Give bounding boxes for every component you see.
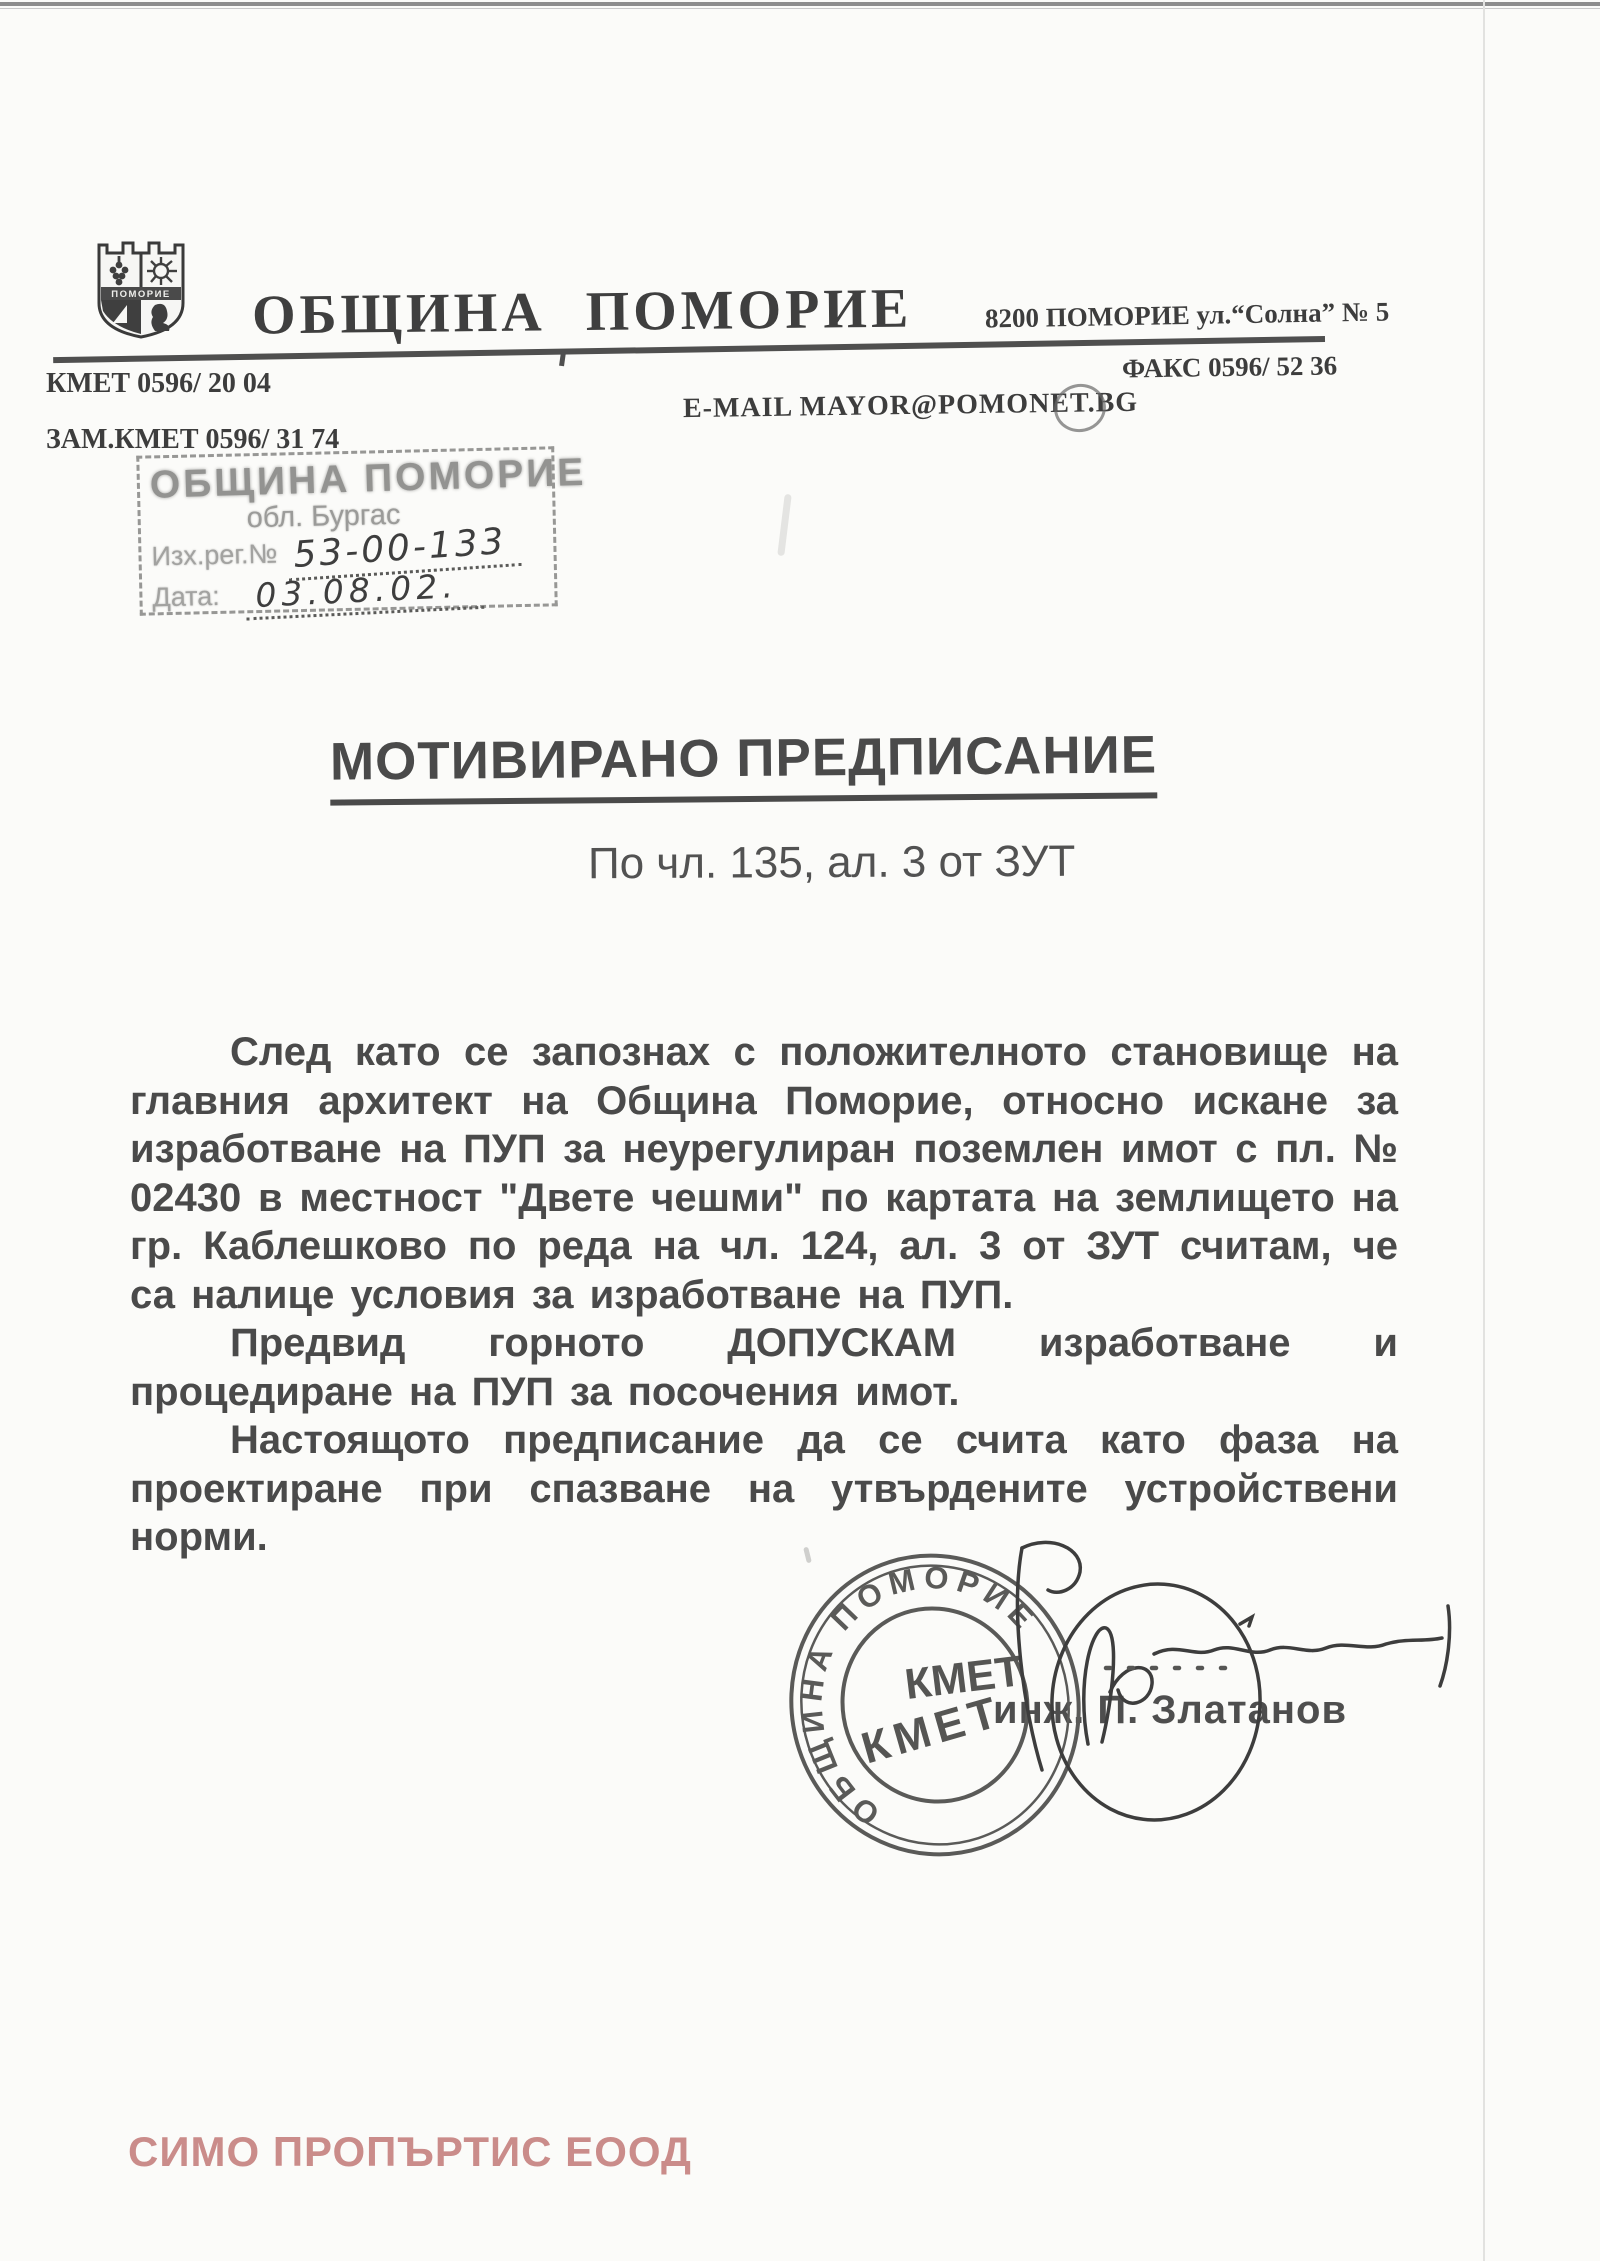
- registration-stamp-box: ОБЩИНА ПОМОРИЕ обл. Бургас Изх.рег.№ 53-…: [136, 446, 558, 615]
- municipality-coat-of-arms-logo: ПОМОРИЕ: [93, 241, 189, 339]
- scan-edge-line: [0, 2, 1600, 6]
- org-address: 8200 ПОМОРИЕ ул.“Солна” № 5: [985, 296, 1390, 334]
- org-fax: ФАКС 0596/ 52 36: [1122, 350, 1338, 384]
- mayor-round-stamp-and-signature: ОБЩИНА ПОМОРИЕ КМЕТ КМЕТ: [758, 1532, 1458, 2012]
- date-handwritten: 03.08.02.: [245, 565, 485, 621]
- outgoing-number-label: Изх.рег.№: [151, 539, 278, 573]
- scanned-document-page: ПОМОРИЕ ОБЩИНА ПОМОРИЕ 8200 ПОМОРИЕ ул.“…: [0, 0, 1600, 2261]
- mayor-phone: КМЕТ 0596/ 20 04: [46, 368, 271, 400]
- org-name-heading: ОБЩИНА ПОМОРИЕ: [252, 277, 913, 348]
- document-title: МОТИВИРАНО ПРЕДПИСАНИЕ: [330, 724, 1158, 805]
- body-paragraph: След като се запознах с положителното ст…: [130, 1028, 1398, 1319]
- scan-smudge: [777, 494, 792, 556]
- watermark-company-name: СИМО ПРОПЪРТИС ЕООД: [128, 2128, 692, 2176]
- logo-caption: ПОМОРИЕ: [111, 289, 171, 300]
- header-rule-tail: [559, 352, 566, 367]
- handwritten-signature: [1018, 1542, 1450, 1827]
- date-label: Дата:: [152, 581, 220, 614]
- scan-edge-line-light: [0, 8, 1600, 9]
- body-paragraph: Предвид горното ДОПУСКАМ изработване и п…: [130, 1319, 1398, 1416]
- scan-right-fold-line: [1483, 0, 1485, 2261]
- document-body: След като се запознах с положителното ст…: [130, 1028, 1398, 1562]
- document-subtitle: По чл. 135, ал. 3 от ЗУТ: [588, 837, 1076, 890]
